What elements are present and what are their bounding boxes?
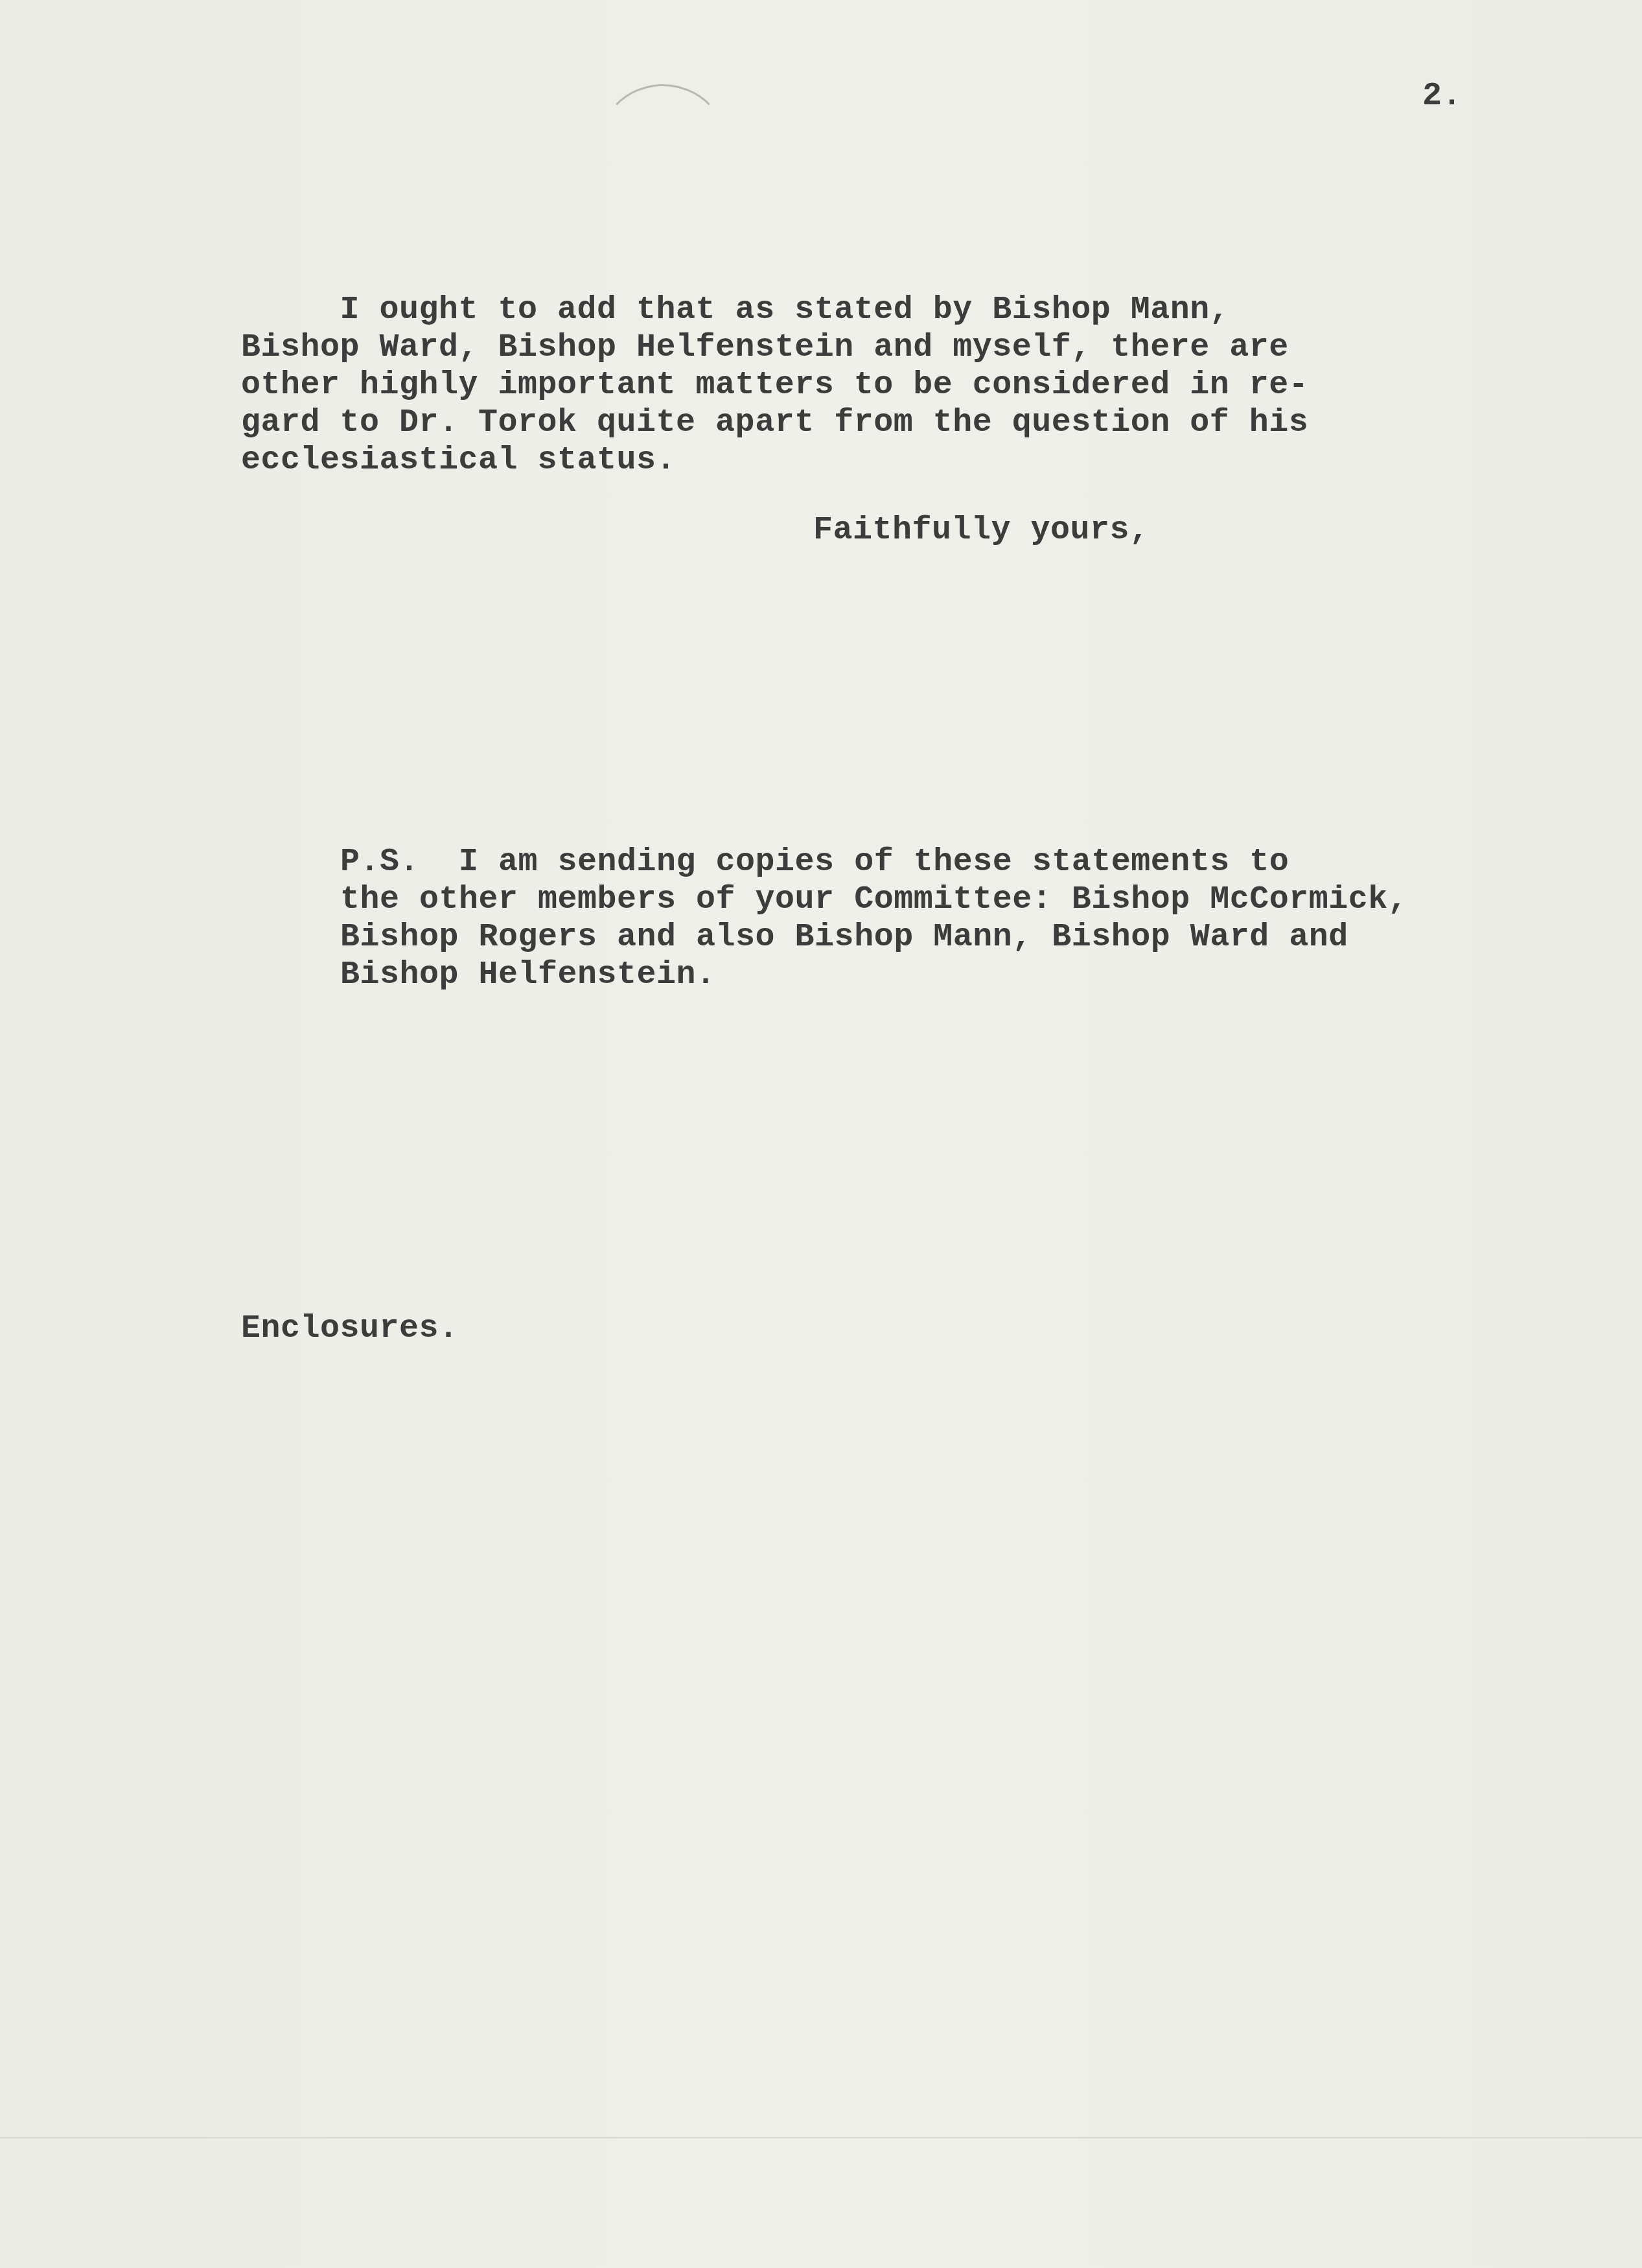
- closing-salutation: Faithfully yours,: [813, 512, 1150, 550]
- paper-edge-line: [0, 2137, 1642, 2138]
- body-paragraph: I ought to add that as stated by Bishop …: [241, 292, 1308, 480]
- paper-crease-mark: [596, 84, 730, 218]
- page-number: 2.: [1422, 78, 1462, 115]
- postscript: P.S. I am sending copies of these statem…: [340, 844, 1407, 994]
- letter-page: 2. I ought to add that as stated by Bish…: [0, 0, 1642, 2268]
- enclosures-note: Enclosures.: [241, 1310, 459, 1348]
